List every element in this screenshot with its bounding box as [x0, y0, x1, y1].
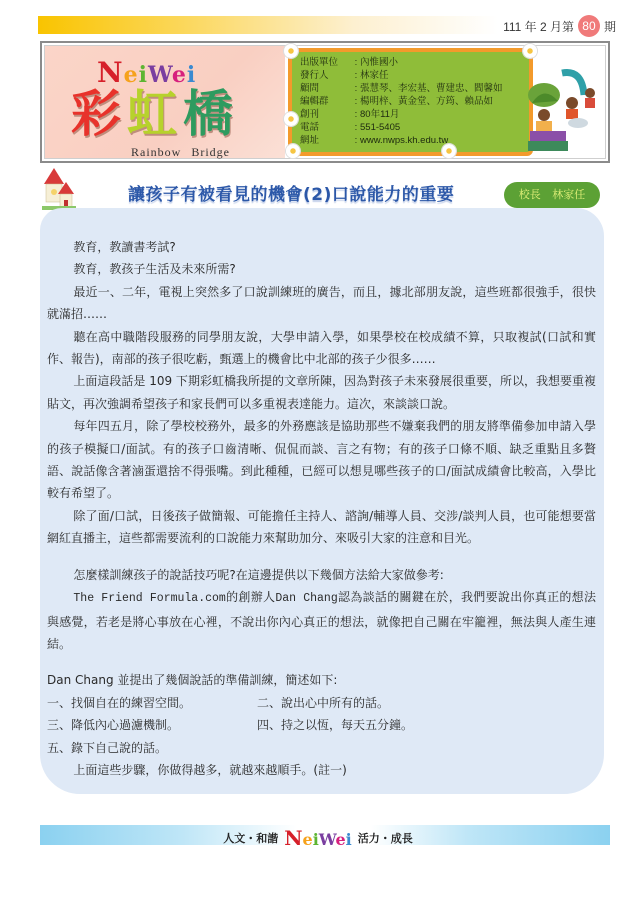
list-row: 五、錄下自己說的話。 — [47, 737, 596, 759]
closing-paragraph: 上面這些步驟，你做得越多，就越來越順手。(註一) — [47, 759, 596, 781]
paragraph: 聽在高中職階段服務的同學朋友說，大學申請入學，如果學校在校成績不算，只取複試(口… — [47, 326, 596, 371]
list-row: 一、找個自在的練習空間。 二、說出心中所有的話。 — [47, 692, 596, 714]
spacer — [47, 655, 596, 669]
list-item: 三、降低內心過濾機制。 — [47, 714, 257, 736]
paragraph: 最近一、二年，電視上突然多了口說訓練班的廣告，而且，據北部朋友說，這些班都很強手… — [47, 281, 596, 326]
paragraph: 教育，教孩子生活及未來所需? — [47, 258, 596, 280]
newsletter-title: 彩 虹 橋 — [71, 86, 233, 142]
list-item: 二、說出心中所有的話。 — [257, 692, 389, 714]
paragraph: 除了面/口試，日後孩子做簡報、可能擔任主持人、諮詢/輔導人員、交涉/談判人員，也… — [47, 505, 596, 550]
issue-prefix: 111 年 2 月第 — [503, 18, 574, 35]
flower-icon — [284, 44, 298, 58]
publication-info-board: 出版單位:內惟國小 發行人:林家任 顧問:張慧琴、李宏基、曹建忠、閻馨如 編輯群… — [288, 48, 533, 156]
flower-icon — [442, 144, 456, 158]
flower-icon — [286, 144, 300, 158]
flower-icon — [284, 112, 298, 126]
issue-number-badge: 80 — [578, 15, 600, 37]
castle-icon — [40, 166, 76, 212]
neiwei-footer-logo: NeiWei — [284, 826, 351, 850]
author-badge: 校長 林家任 — [504, 182, 600, 208]
newsletter-subtitle: Rainbow Bridge — [131, 145, 230, 160]
paragraph: 上面這段話是 109 下期彩虹橋我所提的文章所陳，因為對孩子未來發展很重要，所以… — [47, 370, 596, 415]
footer-left-motto: 人文・和諧 — [223, 830, 278, 846]
list-item: 一、找個自在的練習空間。 — [47, 692, 257, 714]
masthead-brand: NeiWei 彩 虹 橋 Rainbow Bridge — [45, 46, 285, 158]
flower-icon — [523, 44, 537, 58]
reading-kids-illustration-icon — [522, 65, 602, 155]
paragraph: 教育，教讀書考試? — [47, 236, 596, 258]
info-row-founded: 創刊:80年11月 — [300, 108, 521, 121]
paragraph: 每年四五月，除了學校校務外，最多的外務應該是協助那些不嫌棄我們的朋友將準備參加申… — [47, 415, 596, 505]
friend-formula-paragraph: The Friend Formula.com的創辦人Dan Chang認為談話的… — [47, 586, 596, 655]
issue-label: 111 年 2 月第 80 期 — [503, 15, 616, 37]
article-title: 讓孩子有被看見的機會(2)口說能力的重要 — [128, 180, 454, 205]
person-name: Dan Chang — [275, 592, 337, 605]
info-row-issuer: 發行人:林家任 — [300, 69, 521, 82]
list-item: 五、錄下自己說的話。 — [47, 737, 257, 759]
issue-suffix: 期 — [604, 18, 616, 35]
paragraph: 怎麼樣訓練孩子的說話技巧呢?在這邊提供以下幾個方法給大家做參考: — [47, 564, 596, 586]
info-row-website: 網址:www.nwps.kh.edu.tw — [300, 134, 521, 147]
site-name: The Friend Formula.com — [73, 592, 225, 605]
info-row-phone: 電話:551-5405 — [300, 121, 521, 134]
spacer — [47, 550, 596, 564]
list-intro: Dan Chang 並提出了幾個說話的準備訓練，簡述如下: — [47, 669, 596, 691]
article-body: 教育，教讀書考試? 教育，教孩子生活及未來所需? 最近一、二年，電視上突然多了口… — [40, 208, 604, 794]
footer-right-motto: 活力・成長 — [358, 830, 413, 846]
info-row-editors: 編輯群:楊明梓、黃金堂、方筠、賴品如 — [300, 95, 521, 108]
masthead: NeiWei 彩 虹 橋 Rainbow Bridge 出版單位:內惟國小 發行… — [40, 41, 610, 163]
footer-motto: 人文・和諧 NeiWei 活力・成長 — [0, 826, 636, 850]
list-item: 四、持之以恆，每天五分鐘。 — [257, 714, 413, 736]
list-row: 三、降低內心過濾機制。 四、持之以恆，每天五分鐘。 — [47, 714, 596, 736]
info-row-advisors: 顧問:張慧琴、李宏基、曹建忠、閻馨如 — [300, 82, 521, 95]
info-row-publisher: 出版單位:內惟國小 — [300, 56, 521, 69]
